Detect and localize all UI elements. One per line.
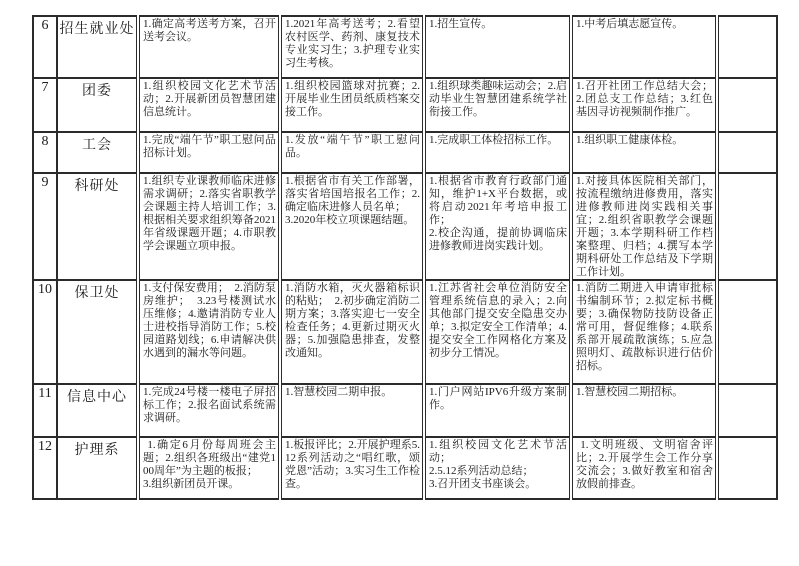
table-row: 11 信息中心 1.完成24号楼一楼电子屏招标工作；2.报名面试系统需求调研。 …	[33, 384, 777, 437]
department-name: 护理系	[57, 437, 138, 499]
row-number: 10	[33, 280, 57, 384]
row-number: 7	[33, 78, 57, 132]
department-name: 科研处	[57, 173, 138, 280]
row-number: 11	[33, 384, 57, 437]
task-cell: 1.组织校园篮球对抗赛；2.开展毕业生团员纸质档案交接工作。	[280, 78, 424, 132]
task-cell: 1.确定高考送考方案，召开送考会议。	[138, 16, 280, 78]
department-name: 保卫处	[57, 280, 138, 384]
table-row: 9 科研处 1.组织专业课教师临床进修需求调研；2.落实省职教学会课题主持人培训…	[33, 173, 777, 280]
task-cell: 1.完成职工体检招标工作。	[424, 132, 571, 173]
task-cell: 1.组织球类趣味运动会；2.启动毕业生智慧团建系统学社衔接工作。	[424, 78, 571, 132]
task-cell-empty	[717, 280, 777, 384]
task-cell: 1.2021年高考送考；2.看望农村医学、药剂、康复技术专业实习生；3.护理专业…	[280, 16, 424, 78]
department-name: 招生就业处	[57, 16, 138, 78]
task-cell-empty	[717, 78, 777, 132]
task-cell-empty	[717, 384, 777, 437]
row-number: 12	[33, 437, 57, 499]
table-row: 6 招生就业处 1.确定高考送考方案，召开送考会议。 1.2021年高考送考；2…	[33, 16, 777, 78]
row-number: 8	[33, 132, 57, 173]
department-name: 团委	[57, 78, 138, 132]
work-plan-table: 6 招生就业处 1.确定高考送考方案，召开送考会议。 1.2021年高考送考；2…	[32, 15, 778, 500]
task-cell-empty	[717, 16, 777, 78]
task-cell: 1.智慧校园二期申报。	[280, 384, 424, 437]
task-cell: 1.门户网站IPV6升级方案制作。	[424, 384, 571, 437]
row-number: 9	[33, 173, 57, 280]
task-cell-empty	[717, 437, 777, 499]
task-cell: 1.支付保安费用； 2.消防泵房维护； 3.23号楼测试水压维修；4.邀请消防专…	[138, 280, 280, 384]
task-cell: 1.发放“端午节”职工慰问品。	[280, 132, 424, 173]
task-cell: 1.召开社团工作总结大会；2.团总支工作总结；3.红色基因寻访视频制作推广。	[571, 78, 717, 132]
task-cell: 1.消防水箱，灭火器箱标识的粘贴； 2.初步确定消防二期方案；3.落实迎七一安全…	[280, 280, 424, 384]
task-cell: 1.组织专业课教师临床进修需求调研；2.落实省职教学会课题主持人培训工作；3.根…	[138, 173, 280, 280]
department-name: 信息中心	[57, 384, 138, 437]
task-cell: 1.完成24号楼一楼电子屏招标工作；2.报名面试系统需求调研。	[138, 384, 280, 437]
task-cell: 1.消防二期进入申请审批标书编制环节；2.拟定标书概要；3.确保物防技防设备正常…	[571, 280, 717, 384]
task-cell-empty	[717, 173, 777, 280]
table-row: 12 护理系 1.确定6月份每周班会主题；2.组织各班级出“建党100周年”为主…	[33, 437, 777, 499]
table-row: 10 保卫处 1.支付保安费用； 2.消防泵房维护； 3.23号楼测试水压维修；…	[33, 280, 777, 384]
table-row: 8 工会 1.完成“端午节”职工慰问品招标计划。 1.发放“端午节”职工慰问品。…	[33, 132, 777, 173]
task-cell: 1.组织校园文化艺术节活动； 2.5.12系列活动总结； 3.召开团支书座谈会。	[424, 437, 571, 499]
task-cell: 1.完成“端午节”职工慰问品招标计划。	[138, 132, 280, 173]
task-cell: 1.江苏省社会单位消防安全管理系统信息的录入；2.向其他部门提交安全隐患交办单；…	[424, 280, 571, 384]
task-cell: 1.确定6月份每周班会主题；2.组织各班级出“建党100周年”为主题的板报； 3…	[138, 437, 280, 499]
task-cell: 1.组织校园文化艺术节活动；2.开展新团员智慧团建信息统计。	[138, 78, 280, 132]
task-cell: 1.根据省市有关工作部署，落实省培国培报名工作；2.确定临床进修人员名单； 3.…	[280, 173, 424, 280]
task-cell-empty	[717, 132, 777, 173]
task-cell: 1.板报评比；2.开展护理系5.12系列活动之“唱红歌，颂党恩”活动；3.实习生…	[280, 437, 424, 499]
task-cell: 1.招生宣传。	[424, 16, 571, 78]
task-cell: 1.组织职工健康体检。	[571, 132, 717, 173]
row-number: 6	[33, 16, 57, 78]
task-cell: 1.根据省市教育行政部门通知，维护1+X平台数据，或将启动2021年考培申报工作…	[424, 173, 571, 280]
task-cell: 1.中考后填志愿宣传。	[571, 16, 717, 78]
task-cell: 1.文明班级、文明宿舍评比；2.开展学生会工作分享交流会；3.做好教室和宿舍放假…	[571, 437, 717, 499]
table-row: 7 团委 1.组织校园文化艺术节活动；2.开展新团员智慧团建信息统计。 1.组织…	[33, 78, 777, 132]
task-cell: 1.对接具体医院相关部门，按流程缴纳进修费用，落实进修教师进岗实践相关事宜；2.…	[571, 173, 717, 280]
department-name: 工会	[57, 132, 138, 173]
task-cell: 1.智慧校园二期招标。	[571, 384, 717, 437]
